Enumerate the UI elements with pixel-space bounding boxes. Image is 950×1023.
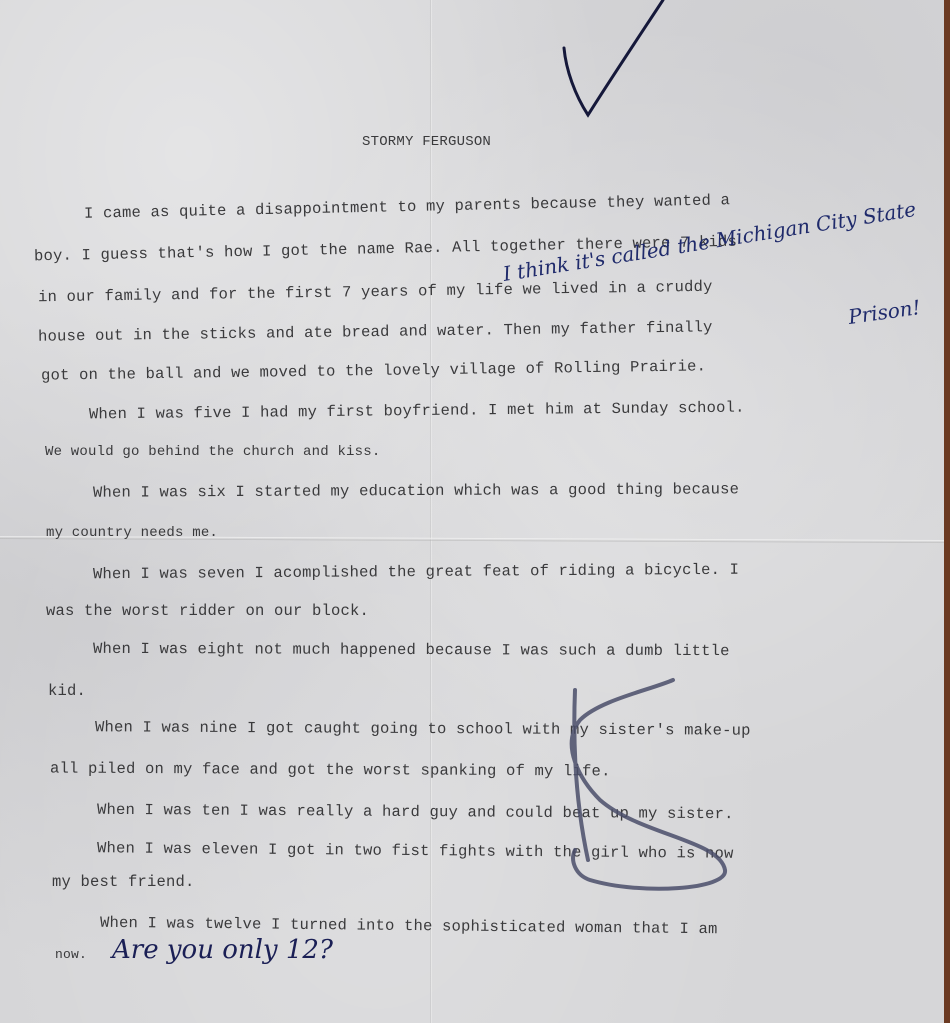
grade-s-mark-icon — [572, 680, 725, 889]
ink-marks — [0, 0, 944, 1023]
typed-letter-page: STORMY FERGUSON I came as quite a disapp… — [0, 0, 944, 1023]
checkmark-icon — [564, 0, 663, 115]
